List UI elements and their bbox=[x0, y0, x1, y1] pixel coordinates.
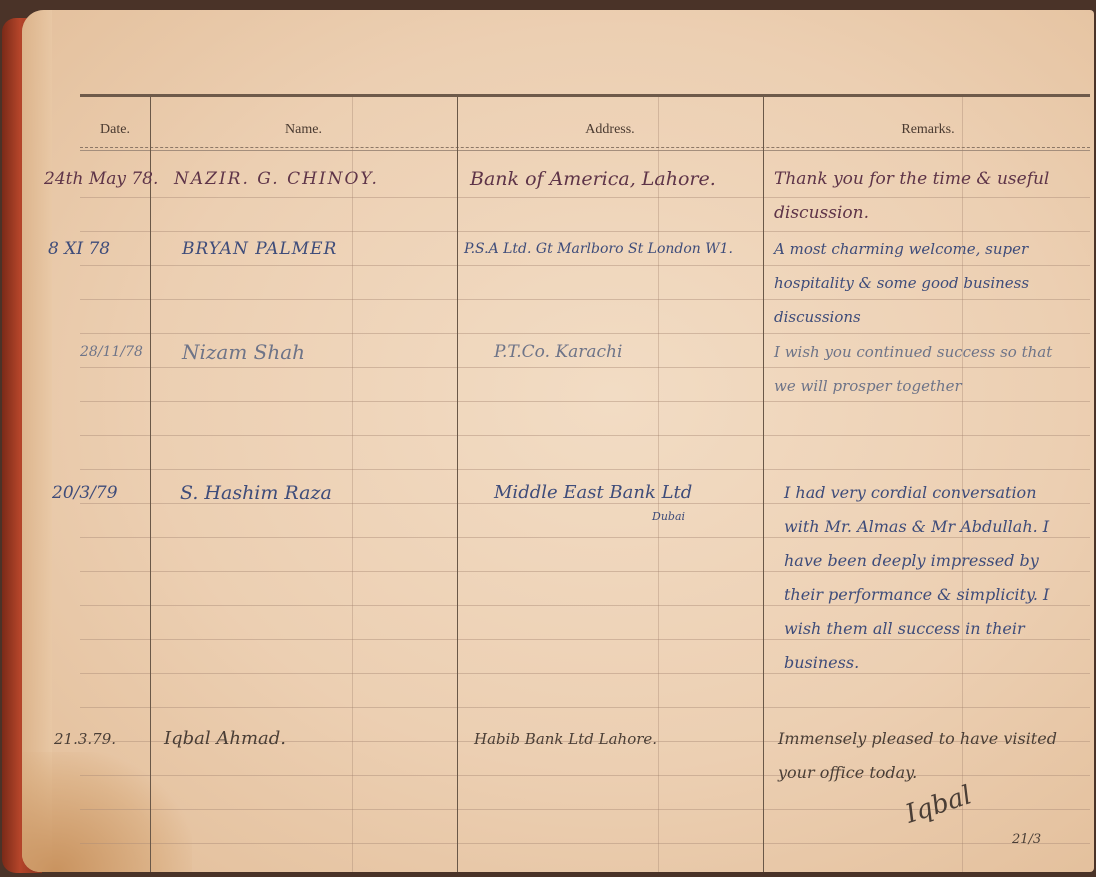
signature-date: 21/3 bbox=[1012, 832, 1041, 847]
page-edge bbox=[22, 10, 52, 872]
ruled-line bbox=[80, 707, 1090, 708]
header-top-rule bbox=[80, 94, 1090, 97]
entry-date: 28/11/78 bbox=[80, 335, 143, 369]
header-bottom-rule bbox=[80, 147, 1090, 148]
column-header-name: Name. bbox=[150, 122, 457, 138]
entry-name: NAZIR. G. CHINOY. bbox=[174, 162, 379, 196]
ruled-line bbox=[80, 843, 1090, 844]
entry-name: Iqbal Ahmad. bbox=[164, 722, 286, 756]
entry-address: P.T.Co. Karachi bbox=[494, 335, 622, 369]
column-divider-name bbox=[457, 97, 458, 872]
entry-remarks: Thank you for the time & useful discussi… bbox=[774, 162, 1064, 230]
entry-name: S. Hashim Raza bbox=[180, 476, 332, 510]
column-divider-date bbox=[150, 97, 151, 872]
entry-date: 20/3/79 bbox=[52, 476, 118, 510]
column-header-remarks: Remarks. bbox=[763, 122, 1093, 138]
ruled-line bbox=[80, 469, 1090, 470]
column-header-date: Date. bbox=[80, 122, 150, 138]
entry-remarks: I had very cordial conversation with Mr.… bbox=[784, 476, 1074, 680]
column-divider-address bbox=[763, 97, 764, 872]
entry-name: Nizam Shah bbox=[182, 335, 305, 369]
column-header-address: Address. bbox=[457, 122, 763, 138]
header-bottom-rule-2 bbox=[80, 150, 1090, 151]
entry-remarks: I wish you continued success so that we … bbox=[774, 335, 1054, 403]
entry-address: Habib Bank Ltd Lahore. bbox=[474, 722, 657, 756]
entry-remarks: A most charming welcome, super hospitali… bbox=[774, 232, 1064, 334]
entry-date: 21.3.79. bbox=[54, 722, 116, 756]
entry-date: 8 XI 78 bbox=[48, 232, 110, 266]
entry-address: P.S.A Ltd. Gt Marlboro St London W1. bbox=[464, 232, 733, 266]
water-stain bbox=[22, 752, 192, 872]
entry-remarks: Immensely pleased to have visited your o… bbox=[778, 722, 1078, 790]
faint-column-guide bbox=[352, 97, 353, 872]
entry-name: BRYAN PALMER bbox=[182, 232, 337, 266]
ledger-page: Date. Name. Address. Remarks. 24th May 7… bbox=[22, 10, 1094, 872]
entry-address-line2: Dubai bbox=[652, 500, 685, 534]
ruled-line bbox=[80, 435, 1090, 436]
entry-date: 24th May 78. bbox=[44, 162, 158, 196]
entry-address: Bank of America, Lahore. bbox=[470, 162, 716, 196]
